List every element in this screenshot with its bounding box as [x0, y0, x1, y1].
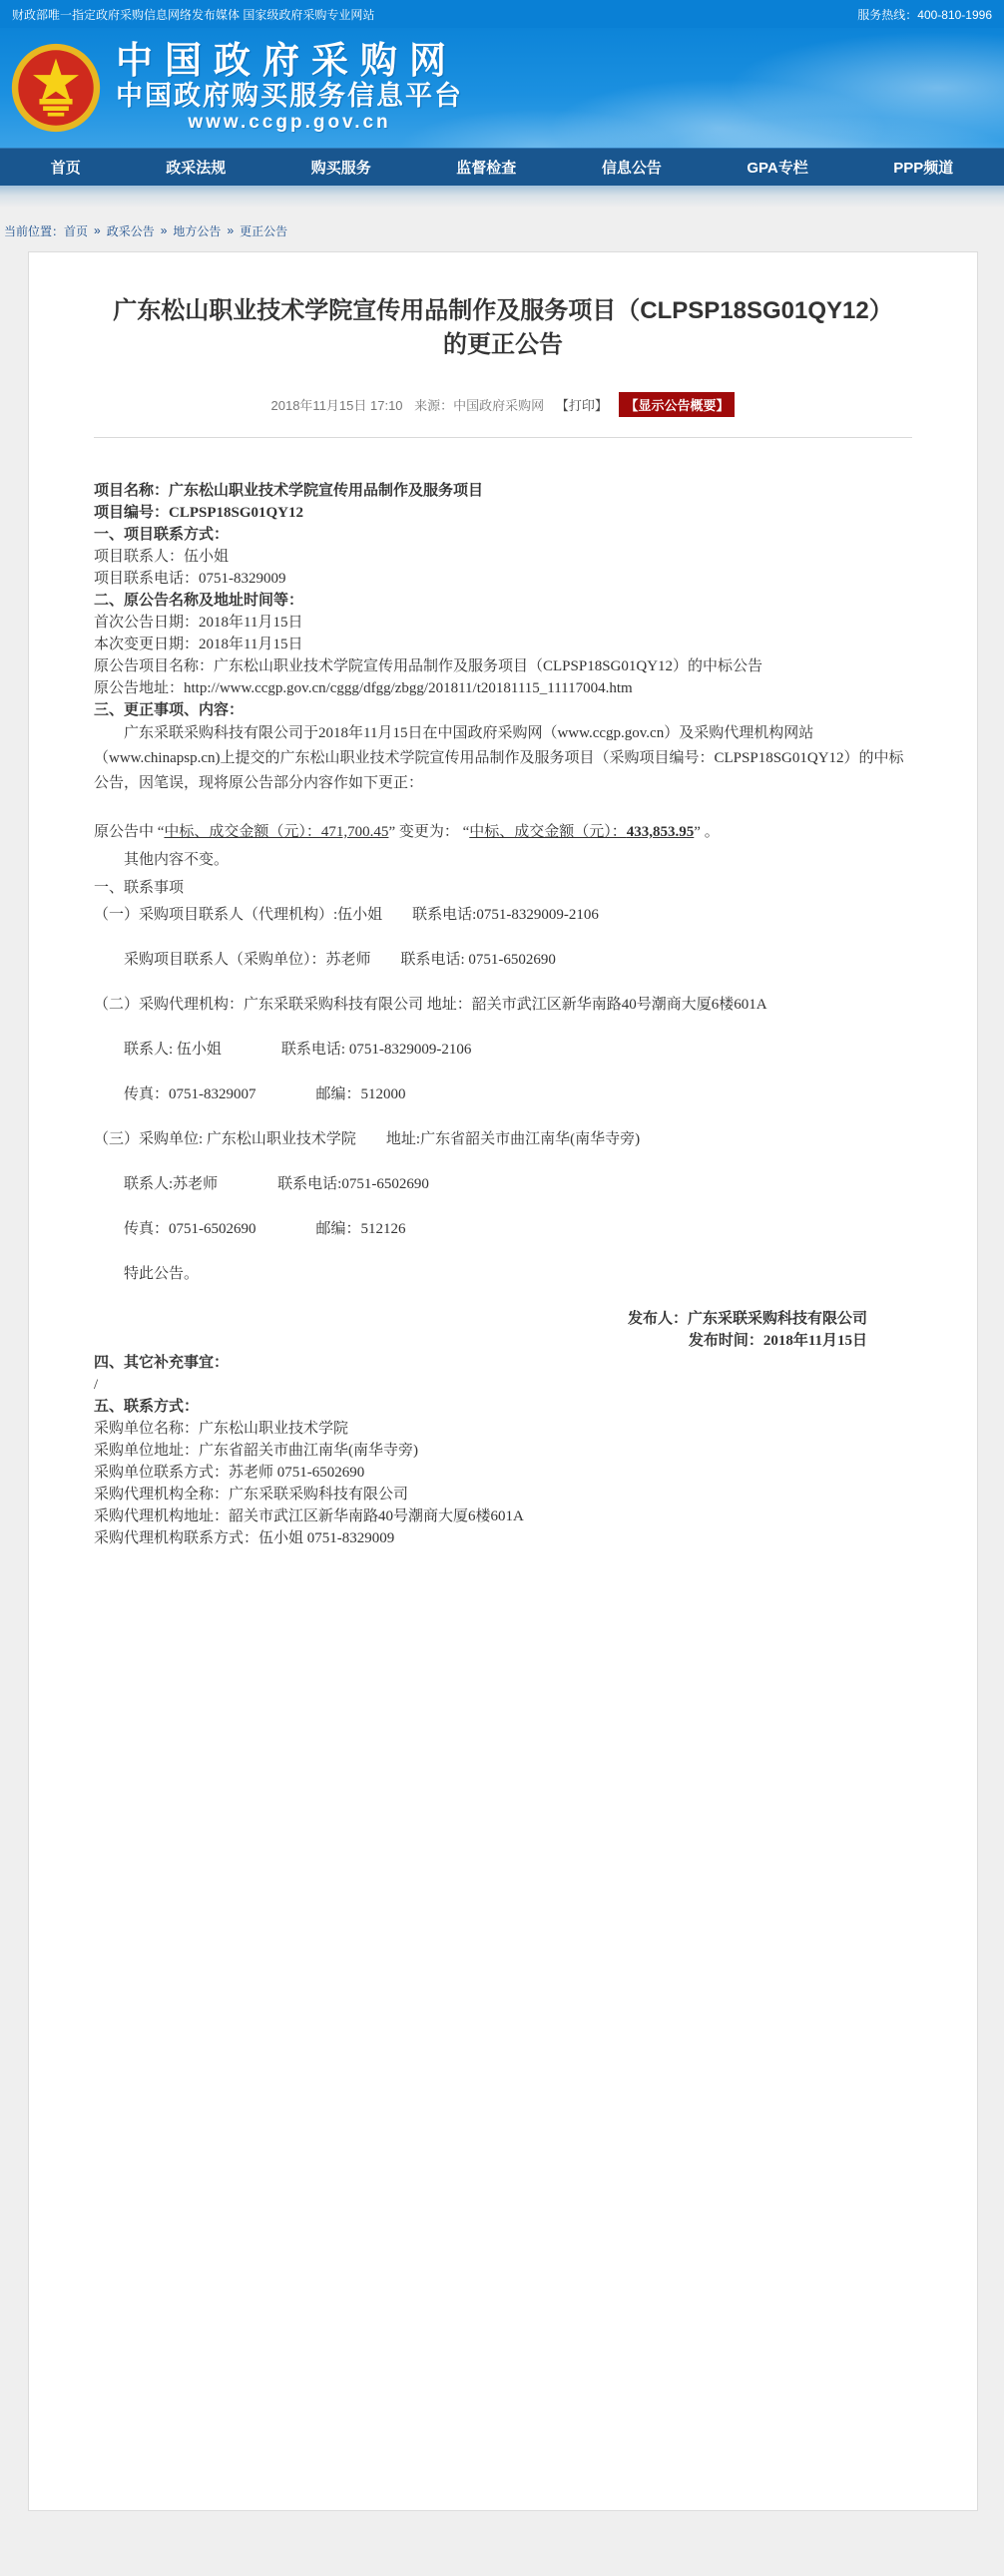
site-logo[interactable]: 中国政府采购网 中国政府购买服务信息平台 www.ccgp.gov.cn	[0, 41, 463, 135]
purchaser-person-line: 联系人:苏老师 联系电话:0751-6502690	[94, 1173, 912, 1195]
main-nav: 首页 政采法规 购买服务 监督检查 信息公告 GPA专栏 PPP频道	[0, 148, 1004, 186]
print-button[interactable]: 【打印】	[556, 398, 608, 413]
breadcrumb: 当前位置： 首页 » 政采公告 » 地方公告 » 更正公告	[4, 219, 1004, 241]
first-announce-date-line: 首次公告日期：2018年11月15日	[94, 612, 912, 634]
page-title: 广东松山职业技术学院宣传用品制作及服务项目（CLPSP18SG01QY12）的更…	[94, 294, 912, 362]
new-amount-value: 433,853.95	[627, 824, 695, 840]
nav-item-home[interactable]: 首页	[41, 157, 91, 178]
nav-item-supervision[interactable]: 监督检查	[446, 157, 526, 178]
announcement-panel: 广东松山职业技术学院宣传用品制作及服务项目（CLPSP18SG01QY12）的更…	[28, 251, 978, 2511]
purchaser-contact-line: 采购项目联系人（采购单位）：苏老师 联系电话: 0751-6502690	[94, 949, 912, 971]
purchaser-contact-info-line: 采购单位联系方式：苏老师 0751-6502690	[94, 1462, 912, 1484]
agency-fax-line: 传真：0751-8329007 邮编：512000	[94, 1083, 912, 1105]
purchaser-fax-line: 传真：0751-6502690 邮编：512126	[94, 1218, 912, 1240]
breadcrumb-correction[interactable]: 更正公告	[240, 222, 287, 239]
change-middle: ” 变更为： “	[388, 824, 469, 840]
original-announce-url-line: 原公告地址：http://www.ccgp.gov.cn/cggg/dfgg/z…	[94, 677, 912, 699]
project-contact-line: 项目联系人：伍小姐	[94, 546, 912, 568]
breadcrumb-home[interactable]: 首页	[64, 222, 88, 239]
article-body: 项目名称：广东松山职业技术学院宣传用品制作及服务项目 项目编号：CLPSP18S…	[94, 480, 912, 1549]
article-source: 来源：中国政府采购网	[414, 398, 544, 413]
change-prefix: 原公告中 “	[94, 824, 164, 840]
section2-title: 二、原公告名称及地址时间等：	[94, 590, 912, 612]
show-summary-button[interactable]: 【显示公告概要】	[619, 392, 735, 417]
unchanged-note-line: 其他内容不变。	[94, 848, 912, 873]
national-emblem-icon	[10, 42, 102, 134]
section4-title: 四、其它补充事宜：	[94, 1352, 912, 1374]
site-slogan: 财政部唯一指定政府采购信息网络发布媒体 国家级政府采购专业网站	[12, 6, 374, 23]
article-meta: 2018年11月15日 17:10 来源：中国政府采购网 【打印】 【显示公告概…	[94, 392, 912, 417]
publish-date-line: 发布时间：2018年11月15日	[94, 1330, 912, 1352]
correction-paragraph: 广东采联采购科技有限公司于2018年11月15日在中国政府采购网（www.ccg…	[94, 721, 912, 796]
section4-content: /	[94, 1374, 912, 1396]
section5-title: 五、联系方式：	[94, 1396, 912, 1418]
agency-contact-info-line: 采购代理机构联系方式：伍小姐 0751-8329009	[94, 1527, 912, 1549]
service-hotline: 服务热线：400-810-1996	[857, 6, 992, 23]
nav-fade-strip	[0, 186, 1004, 208]
contact-matters-title: 一、联系事项	[94, 876, 912, 901]
new-amount-label: 中标、成交金额（元）：	[469, 824, 627, 840]
breadcrumb-separator: »	[227, 223, 234, 237]
change-suffix: ” 。	[694, 824, 719, 840]
nav-item-gpa[interactable]: GPA专栏	[737, 157, 817, 178]
agency-name-line: 采购代理机构全称：广东采联采购科技有限公司	[94, 1484, 912, 1505]
change-date-line: 本次变更日期：2018年11月15日	[94, 634, 912, 655]
breadcrumb-label: 当前位置：	[4, 222, 64, 239]
nav-item-announcements[interactable]: 信息公告	[592, 157, 672, 178]
nav-item-purchase-service[interactable]: 购买服务	[301, 157, 381, 178]
section3-title: 三、更正事项、内容：	[94, 699, 912, 721]
agency-contact-line: （一）采购项目联系人（代理机构）:伍小姐 联系电话:0751-8329009-2…	[94, 904, 912, 926]
publish-datetime: 2018年11月15日 17:10	[271, 398, 403, 413]
project-name-line: 项目名称：广东松山职业技术学院宣传用品制作及服务项目	[94, 480, 912, 502]
closing-line: 特此公告。	[94, 1263, 912, 1285]
project-code-line: 项目编号：CLPSP18SG01QY12	[94, 502, 912, 524]
original-announce-name-line: 原公告项目名称：广东松山职业技术学院宣传用品制作及服务项目（CLPSP18SG0…	[94, 655, 912, 677]
breadcrumb-zhengcai[interactable]: 政采公告	[107, 222, 155, 239]
site-name: 中国政府采购网	[116, 41, 463, 81]
top-bar: 财政部唯一指定政府采购信息网络发布媒体 国家级政府采购专业网站 服务热线：400…	[0, 0, 1004, 28]
agency-address-line: 采购代理机构地址：韶关市武江区新华南路40号潮商大厦6楼601A	[94, 1505, 912, 1527]
breadcrumb-local[interactable]: 地方公告	[173, 222, 221, 239]
publisher-line: 发布人：广东采联采购科技有限公司	[94, 1308, 912, 1330]
section1-title: 一、项目联系方式：	[94, 524, 912, 546]
nav-item-regulations[interactable]: 政采法规	[156, 157, 236, 178]
site-url: www.ccgp.gov.cn	[116, 111, 463, 135]
amount-change-line: 原公告中 “中标、成交金额（元）：471,700.45” 变更为： “中标、成交…	[94, 820, 912, 845]
purchaser-info-line: （三）采购单位: 广东松山职业技术学院 地址:广东省韶关市曲江南华(南华寺旁)	[94, 1128, 912, 1150]
purchaser-address-line: 采购单位地址：广东省韶关市曲江南华(南华寺旁)	[94, 1440, 912, 1462]
agency-info-line: （二）采购代理机构：广东采联采购科技有限公司 地址：韶关市武江区新华南路40号潮…	[94, 994, 912, 1016]
project-phone-line: 项目联系电话：0751-8329009	[94, 568, 912, 590]
breadcrumb-separator: »	[161, 223, 168, 237]
agency-person-line: 联系人: 伍小姐 联系电话: 0751-8329009-2106	[94, 1039, 912, 1061]
site-header: 中国政府采购网 中国政府购买服务信息平台 www.ccgp.gov.cn	[0, 28, 1004, 148]
breadcrumb-separator: »	[94, 223, 101, 237]
title-divider	[94, 437, 912, 438]
purchaser-name-line: 采购单位名称：广东松山职业技术学院	[94, 1418, 912, 1440]
nav-item-ppp[interactable]: PPP频道	[883, 157, 963, 178]
site-subtitle: 中国政府购买服务信息平台	[116, 81, 463, 111]
old-amount: 中标、成交金额（元）：471,700.45	[164, 824, 388, 840]
